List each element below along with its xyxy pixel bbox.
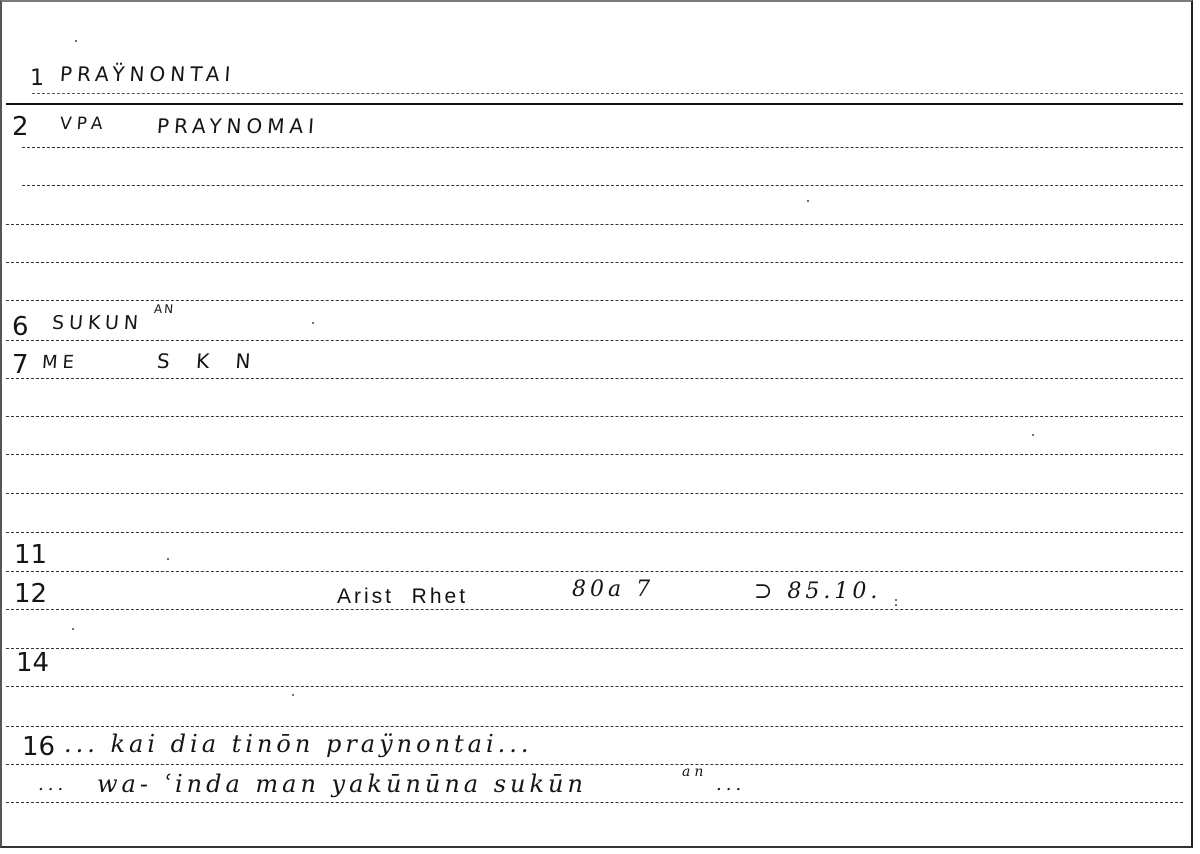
index-card: 1 PRAŸNONTAI 2 VPA PRAYNOMAI 6 SUKUN AN … [0,0,1193,848]
ruled-line [6,686,1183,687]
ruled-line [22,185,1183,186]
source-citation: Arist Rhet [337,585,468,609]
prefix-2: VPA [59,114,108,134]
line-number-11: 11 [14,540,47,570]
headword-1: PRAŸNONTAI [59,62,236,86]
ruled-line [22,147,1183,148]
line-number-6: 6 [12,312,29,342]
speck [807,200,809,202]
speck [1032,434,1034,436]
ruled-line-dashed-top [32,93,1183,94]
line-number-1: 1 [30,66,44,91]
ruled-line [6,300,1183,301]
ruled-line [6,532,1183,533]
ruled-line [6,802,1183,803]
superscript-6: AN [154,302,176,316]
headword-2: PRAYNOMAI [156,114,320,138]
speck [312,322,314,324]
line-number-2: 2 [12,112,29,142]
ruled-line [6,224,1183,225]
line-number-12: 12 [14,579,47,609]
ruled-line [6,454,1183,455]
quotation-arabic-transliteration: wa- ʿinda man yakūnūna sukūn [97,770,587,798]
continuation-superscript: an [682,764,707,780]
headword-7: S K N [156,349,261,373]
speck [75,40,77,42]
line-number-14: 14 [16,648,49,678]
ruled-line [6,571,1183,572]
headword-6: SUKUN [51,312,144,334]
line-number-16: 16 [22,732,55,762]
continuation-prefix: ... [38,774,67,795]
continuation-suffix: ... [716,774,745,795]
ruled-line [6,764,1183,765]
prefix-7: ME [41,352,79,373]
ruled-line [6,648,1183,649]
reference-citation: 80a 7 [572,577,654,602]
ruled-line [6,416,1183,417]
speck [167,558,169,560]
equivalent-citation: ⊃ 85.10. [754,579,881,604]
ruled-line [6,378,1183,379]
mark [895,599,897,601]
quotation-greek: ... kai dia tinōn praÿnontai... [64,730,533,758]
ruled-line [6,609,1183,610]
line-number-7: 7 [12,350,29,380]
speck [292,694,294,696]
speck [72,628,74,630]
mark [895,604,897,606]
ruled-line [6,340,1183,341]
ruled-line [6,262,1183,263]
ruled-line-thick [6,103,1183,105]
ruled-line [6,493,1183,494]
ruled-line [6,726,1183,727]
